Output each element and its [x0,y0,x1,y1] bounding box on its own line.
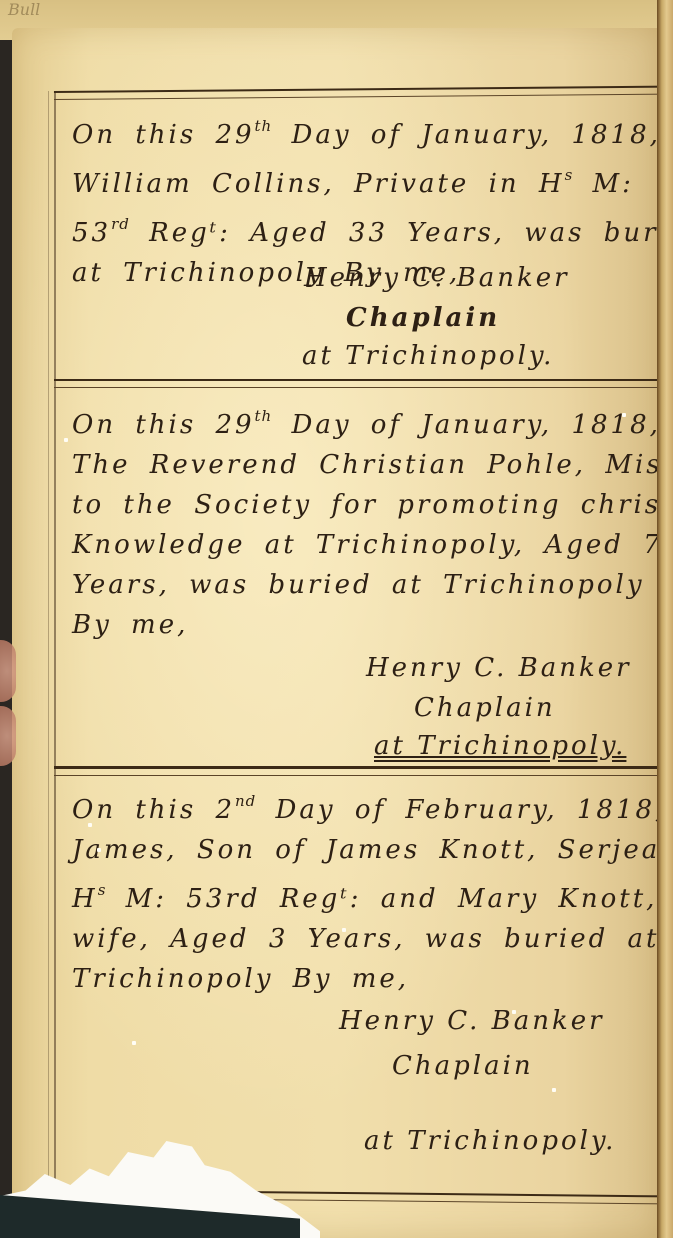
entry-line: 53rd Regᵗ: Aged 33 Years, was buried [72,204,657,253]
signature-title: Chaplain [414,693,556,723]
finger-holding-page [0,706,16,766]
frame-left-rule [54,91,56,1194]
scan-speck [622,413,626,417]
previous-page-fragment: Bull [8,0,40,19]
signature-title: Chaplain [346,303,500,333]
entry-line: James, Son of James Knott, Serjeant in [72,830,657,870]
entry-divider-1 [54,379,666,388]
burial-entry-3: On this 2nd Day of February, 1818, James… [72,781,657,999]
entry-line: Hs M: 53rd Regᵗ: and Mary Knott, his [72,870,657,919]
register-frame: On this 29th Day of January, 1818, Willi… [54,91,666,1194]
signature-name: Henry C. Banker [366,653,632,683]
entry-line: By me, [72,605,657,645]
entry-line: On this 29th Day of January, 1818, [72,396,657,445]
entry-line: Trichinopoly By me, [72,959,657,999]
entry-divider-2 [54,766,666,776]
burial-entry-2: On this 29th Day of January, 1818, The R… [72,396,657,645]
frame-left-rule-inner [48,91,49,1194]
entry-line: Knowledge at Trichinopoly, Aged 74 [72,525,657,565]
entry-line: On this 2nd Day of February, 1818, [72,781,657,830]
signature-name: Henry C. Banker [339,1006,605,1036]
signature-place: at Trichinopoly. [374,731,626,761]
signature-place: at Trichinopoly. [364,1126,616,1156]
signature-name: Henry C. Banker [304,263,570,293]
entry-line: On this 29th Day of January, 1818, [72,106,657,155]
scan-speck [512,1010,516,1014]
scan-speck [97,848,101,852]
book-binding-edge [657,0,673,1238]
scan-speck [64,438,68,442]
entry-line: to the Society for promoting christian [72,485,657,525]
entry-line: William Collins, Private in Hs M: [72,155,657,204]
finger-holding-page [0,640,16,702]
scan-speck [88,823,92,827]
scan-speck [132,1041,136,1045]
register-page: On this 29th Day of January, 1818, Willi… [12,28,660,1238]
signature-title: Chaplain [392,1051,534,1081]
scan-speck [552,1088,556,1092]
entry-line: The Reverend Christian Pohle, Missionary [72,445,657,485]
entry-line: wife, Aged 3 Years, was buried at [72,919,657,959]
top-double-rule [54,86,666,100]
scan-speck [342,928,346,932]
entry-line: Years, was buried at Trichinopoly [72,565,657,605]
signature-place: at Trichinopoly. [302,341,554,371]
